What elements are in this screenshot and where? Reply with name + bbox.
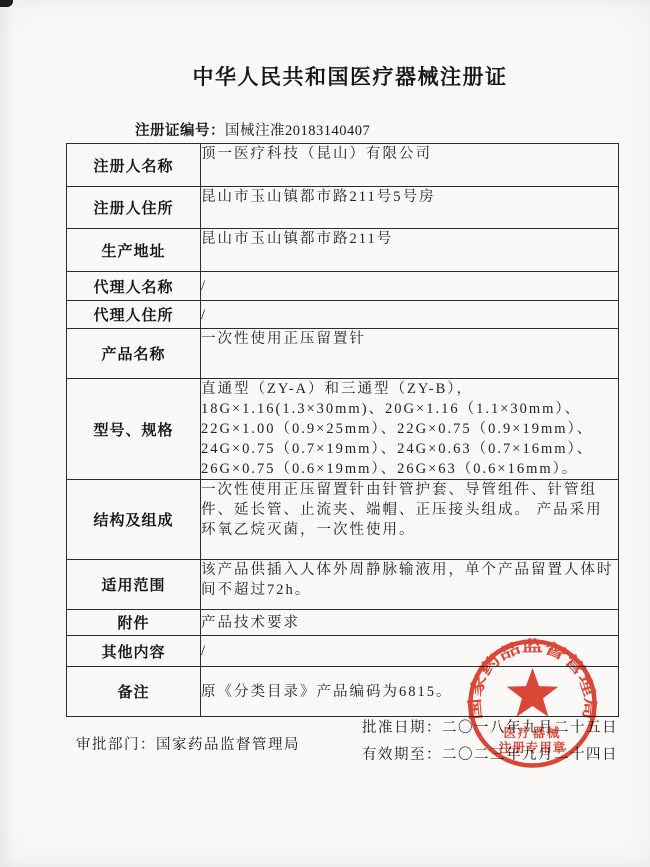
row-label: 适用范围 <box>67 560 201 610</box>
approval-department-label: 审批部门： <box>76 737 156 753</box>
row-label: 产品名称 <box>67 329 201 379</box>
table-row: 型号、规格 直通型（ZY-A）和三通型（ZY-B），18G×1.16(1.3×3… <box>67 379 619 480</box>
table-row: 产品名称 一次性使用正压留置针 <box>67 329 619 379</box>
row-label: 备注 <box>67 667 201 717</box>
table-row: 备注 原《分类目录》产品编码为6815。 <box>67 667 619 717</box>
approval-date-label: 批准日期： <box>362 720 442 736</box>
table-row: 代理人名称 / <box>67 272 619 301</box>
valid-until-date: 有效期至：二〇二三年九月二十四日 <box>362 743 618 764</box>
row-value: / <box>201 636 619 667</box>
certificate-page: 中华人民共和国医疗器械注册证 注册证编号：国械注准20183140407 注册人… <box>0 0 650 867</box>
row-value: 一次性使用正压留置针 <box>201 329 619 379</box>
row-value: 顶一医疗科技（昆山）有限公司 <box>201 144 619 187</box>
row-label: 注册人名称 <box>67 144 201 187</box>
row-label: 注册人住所 <box>67 187 201 229</box>
table-row: 生产地址 昆山市玉山镇都市路211号 <box>67 229 619 272</box>
approval-date-value: 二〇一八年九月二十五日 <box>442 720 618 736</box>
table-row: 注册人住所 昆山市玉山镇都市路211号5号房 <box>67 187 619 229</box>
row-value: 该产品供插入人体外周静脉输液用，单个产品留置人体时间不超过72h。 <box>201 560 619 610</box>
scan-corner-artifact <box>0 0 13 7</box>
valid-until-label: 有效期至： <box>362 747 442 763</box>
certificate-number-label: 注册证编号： <box>135 123 225 139</box>
certificate-number: 注册证编号：国械注准20183140407 <box>135 119 370 140</box>
row-label: 其他内容 <box>67 636 201 667</box>
row-label: 型号、规格 <box>67 379 201 480</box>
valid-until-value: 二〇二三年九月二十四日 <box>442 747 618 763</box>
table-row: 附件 产品技术要求 <box>67 610 619 636</box>
approval-date: 批准日期：二〇一八年九月二十五日 <box>362 716 618 737</box>
row-label: 生产地址 <box>67 229 201 272</box>
row-value: 直通型（ZY-A）和三通型（ZY-B），18G×1.16(1.3×30mm)、2… <box>201 379 619 480</box>
row-label: 代理人住所 <box>67 301 201 329</box>
approval-department-value: 国家药品监督管理局 <box>156 737 300 753</box>
table-row: 适用范围 该产品供插入人体外周静脉输液用，单个产品留置人体时间不超过72h。 <box>67 560 619 610</box>
page-title: 中华人民共和国医疗器械注册证 <box>50 61 650 91</box>
certificate-table: 注册人名称 顶一医疗科技（昆山）有限公司 注册人住所 昆山市玉山镇都市路211号… <box>66 143 619 717</box>
row-value: 原《分类目录》产品编码为6815。 <box>201 667 619 717</box>
table-row: 注册人名称 顶一医疗科技（昆山）有限公司 <box>67 144 619 187</box>
row-value: 昆山市玉山镇都市路211号 <box>201 229 619 272</box>
certificate-number-value: 国械注准20183140407 <box>225 123 370 139</box>
row-value: / <box>201 272 619 301</box>
table-row: 代理人住所 / <box>67 301 619 329</box>
table-row: 其他内容 / <box>67 636 619 667</box>
approval-department: 审批部门：国家药品监督管理局 <box>76 733 300 754</box>
row-value: / <box>201 301 619 329</box>
row-label: 附件 <box>67 610 201 636</box>
table-row: 结构及组成 一次性使用正压留置针由针管护套、导管组件、针管组件、延长管、止流夹、… <box>67 480 619 560</box>
row-label: 结构及组成 <box>67 480 201 560</box>
row-label: 代理人名称 <box>67 272 201 301</box>
row-value: 昆山市玉山镇都市路211号5号房 <box>201 187 619 229</box>
row-value: 产品技术要求 <box>201 610 619 636</box>
row-value: 一次性使用正压留置针由针管护套、导管组件、针管组件、延长管、止流夹、端帽、正压接… <box>201 480 619 560</box>
